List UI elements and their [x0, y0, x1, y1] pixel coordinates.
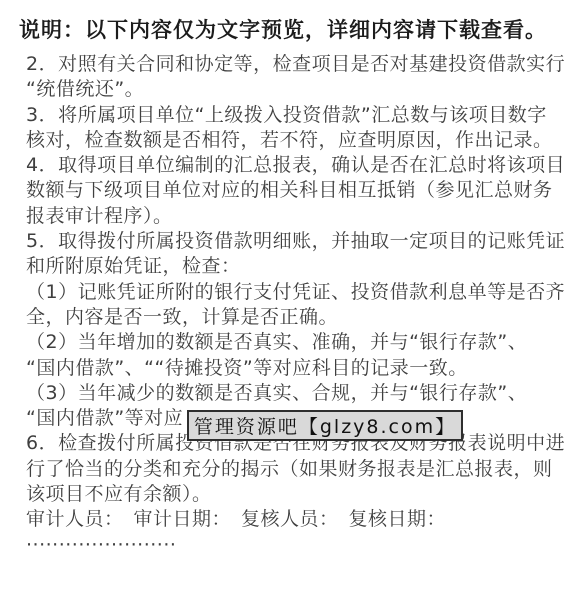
document-preview-page: 说明：以下内容仅为文字预览，详细内容请下载查看。 2．对照有关合同和协定等，检查… [0, 0, 578, 600]
text-line: （1）记账凭证所附的银行支付凭证、投资借款利息单等是否齐 [26, 280, 566, 305]
signature-line: 审计人员： 审计日期： 复核人员： 复核日期： [26, 507, 566, 532]
text-line: 该项目不应有余额）。 [26, 482, 566, 507]
text-line: 2．对照有关合同和协定等，检查项目是否对基建投资借款实行 [26, 52, 566, 77]
watermark-text: 管理资源吧【glzy8.com】 [194, 412, 456, 439]
text-line: 数额与下级项目单位对应的相关科目相互抵销（参见汇总财务 [26, 178, 566, 203]
dotted-separator: ······················· [26, 533, 566, 558]
document-body: 2．对照有关合同和协定等，检查项目是否对基建投资借款实行 “统借统还”。 3．将… [26, 52, 566, 558]
text-line: 5．取得拨付所属投资借款明细账，并抽取一定项目的记账凭证 [26, 229, 566, 254]
preview-notice: 说明：以下内容仅为文字预览，详细内容请下载查看。 [19, 14, 547, 44]
text-line: 核对，检查数额是否相符，若不符，应查明原因，作出记录。 [26, 128, 566, 153]
watermark-stamp: 管理资源吧【glzy8.com】 [187, 410, 463, 441]
text-line: 和所附原始凭证，检查： [26, 254, 566, 279]
text-line: “统借统还”。 [26, 77, 566, 102]
text-line: “国内借款”、““待摊投资”等对应科目的记录一致。 [26, 356, 566, 381]
text-line: 3．将所属项目单位“上级拨入投资借款”汇总数与该项目数字 [26, 103, 566, 128]
text-line: （3）当年减少的数额是否真实、合规，并与“银行存款”、 [26, 381, 566, 406]
text-line: 全，内容是否一致，计算是否正确。 [26, 305, 566, 330]
text-line: 行了恰当的分类和充分的揭示（如果财务报表是汇总报表，则 [26, 457, 566, 482]
text-line: 4．取得项目单位编制的汇总报表，确认是否在汇总时将该项目 [26, 153, 566, 178]
text-line: （2）当年增加的数额是否真实、准确，并与“银行存款”、 [26, 330, 566, 355]
text-line: 报表审计程序）。 [26, 204, 566, 229]
